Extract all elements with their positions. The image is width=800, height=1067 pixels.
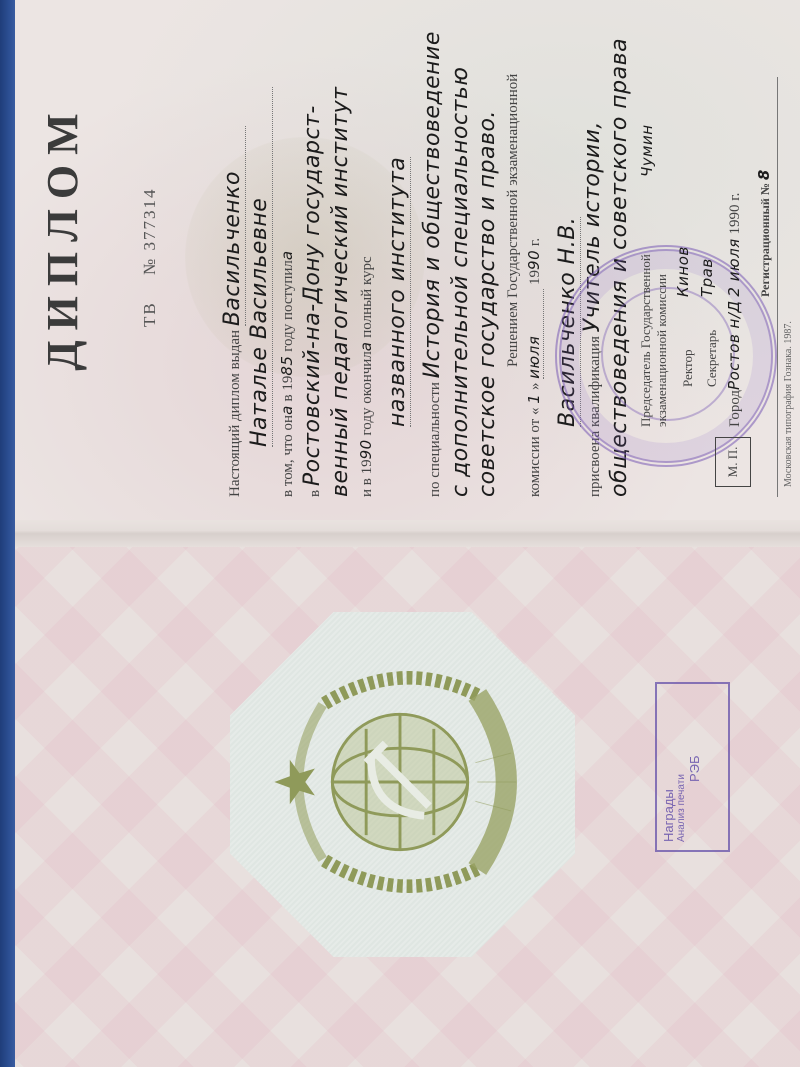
commission-month: июля xyxy=(525,289,544,379)
issue-date: 2 июля xyxy=(725,238,743,296)
decision-label: Решением Государственной экзаменационной xyxy=(505,74,521,367)
library-stamp: Награды Анализ печати РЭБ xyxy=(655,682,730,852)
commission-year-prefix: 19 xyxy=(527,270,543,285)
diploma-spread: Награды Анализ печати РЭБ ДИПЛОМ ТВ № 37… xyxy=(15,0,800,1067)
commission-date-line: комиссии от « 1 » июля 1990 г. xyxy=(525,7,544,497)
series: ТВ xyxy=(140,301,159,327)
institution-line-2: венный педагогический институт xyxy=(328,7,353,497)
issued-to-label: Настоящий диплом выдан xyxy=(227,330,243,497)
issued-to-line: Настоящий диплом выдан Васильченко xyxy=(220,7,246,497)
entry-year: 85 xyxy=(278,356,296,376)
year-suffix: г. xyxy=(527,238,543,246)
and-in-year-label: и в 19 xyxy=(359,459,375,497)
printer-imprint: Московская типография Гознака. 1987. xyxy=(783,321,794,487)
in-label: в xyxy=(307,490,323,497)
in-that-label: в том, что он xyxy=(280,415,296,497)
registration-line: Регистрационный № 8 xyxy=(755,169,773,297)
number-sign: № xyxy=(140,257,159,275)
recipient-short: Васильченко Н.В. xyxy=(555,217,581,427)
gender-suffix: а xyxy=(278,405,296,415)
full-course-label: полный курс xyxy=(359,256,375,337)
graduation-year: 90 xyxy=(357,439,375,459)
serial-number: ТВ № 377314 xyxy=(140,188,160,327)
place-of-stamp-box: М. П. xyxy=(715,437,751,487)
chairman-label-2: экзаменационной комиссии xyxy=(654,274,670,427)
registration-number: 8 xyxy=(755,169,773,180)
commission-day: 1 xyxy=(525,394,543,404)
in-year-label: в 19 xyxy=(280,376,296,402)
institution-line-1-text: Ростовский-на-Дону государст- xyxy=(300,105,325,486)
ussr-emblem-icon xyxy=(255,637,545,927)
diploma-cover-edge xyxy=(0,0,15,1067)
recipient-surname: Васильченко xyxy=(220,126,246,326)
bottom-rule xyxy=(777,77,778,497)
diploma-number: 377314 xyxy=(140,188,159,251)
institution-ref-line: названного института xyxy=(385,0,411,427)
specialty-line-2-text: с дополнительной специальностью xyxy=(448,67,473,497)
chairman-label: Председатель Государственной xyxy=(638,254,654,427)
stamp-line-2: Анализ печати xyxy=(676,692,687,842)
secretary-signature: Трав xyxy=(698,258,716,297)
decision-line: Решением Государственной экзаменационной xyxy=(505,0,522,367)
graduated-suffix: а xyxy=(357,341,375,351)
document-title: ДИПЛОМ xyxy=(37,27,88,447)
entry-line: в том, что она в 1985 году поступила xyxy=(278,7,297,497)
rector-signature: Кинов xyxy=(674,246,692,297)
chairman-signature: Чумин xyxy=(638,124,656,177)
specialty-label: по специальности xyxy=(427,382,443,497)
issue-year-suffix: г. xyxy=(727,193,743,201)
left-page: Награды Анализ печати РЭБ xyxy=(15,542,800,1067)
year-entered-label: году поступил xyxy=(280,260,296,352)
qualification-line-2: обществоведения и советского права xyxy=(607,7,632,497)
specialty-line-2: с дополнительной специальностью xyxy=(448,7,473,497)
rector-label: Ректор xyxy=(680,350,696,387)
page-fold xyxy=(15,517,800,547)
stamp-line-3: РЭБ xyxy=(687,692,702,782)
entered-suffix: а xyxy=(278,250,296,260)
name-line: Наталье Васильевне xyxy=(247,0,273,447)
city-label: Город xyxy=(727,390,743,427)
commission-label: комиссии от xyxy=(527,419,543,497)
specialty-line-1: по специальности История и обществоведен… xyxy=(420,7,445,497)
graduation-line: и в 1990 году окончила полный курс xyxy=(357,7,376,497)
qualification-line-1-text: Учитель истории, xyxy=(580,121,605,332)
institution-line-1: в Ростовский-на-Дону государст- xyxy=(300,7,325,497)
institution-ref: названного института xyxy=(385,157,411,427)
issue-year: 1990 xyxy=(727,205,743,235)
specialty-line-1-text: История и обществоведение xyxy=(420,31,445,378)
recipient-name: Наталье Васильевне xyxy=(247,87,273,447)
city-date-line: ГородРостов н/Д 2 июля 1990 г. xyxy=(725,193,744,427)
secretary-label: Секретарь xyxy=(704,330,720,387)
qualification-label: присвоена квалификация xyxy=(587,336,603,497)
qualification-line-2-text: обществоведения и советского права xyxy=(607,38,632,497)
commission-year: 90 xyxy=(525,250,543,270)
city: Ростов н/Д xyxy=(725,300,743,390)
qualification-line-1: присвоена квалификация Учитель истории, xyxy=(580,7,605,497)
graduated-label: году окончил xyxy=(359,351,375,435)
specialty-line-3-text: советское государство и право. xyxy=(475,110,500,497)
institution-line-2-text: венный педагогический институт xyxy=(328,87,353,497)
specialty-line-3: советское государство и право. xyxy=(475,7,500,497)
registration-label: Регистрационный № xyxy=(758,183,772,297)
stamp-line-1: Награды xyxy=(661,692,676,842)
recipient-short-line: Васильченко Н.В. xyxy=(555,0,581,427)
